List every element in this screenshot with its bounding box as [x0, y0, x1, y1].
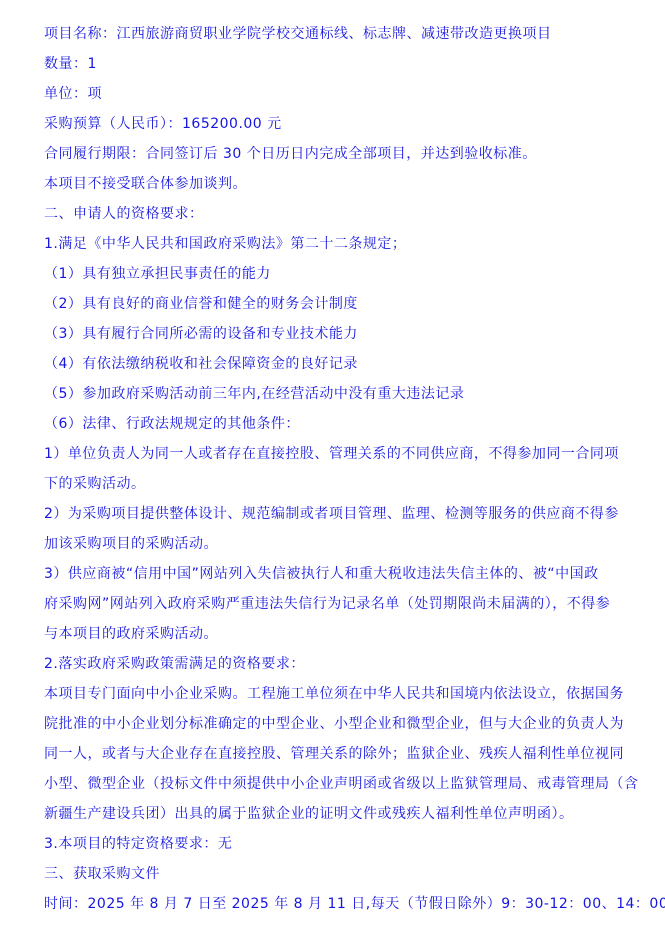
text-line: 本项目专门面向中小企业采购。工程施工单位须在中华人民共和国境内依法设立，依据国务 [44, 679, 637, 709]
text-line: 院批准的中小企业划分标准确定的中型企业、小型企业和微型企业，但与大企业的负责人为 [44, 709, 637, 739]
text-line: 本项目不接受联合体参加谈判。 [44, 169, 637, 199]
text-line: 下的采购活动。 [44, 469, 637, 499]
text-line: 项目名称：江西旅游商贸职业学院学校交通标线、标志牌、减速带改造更换项目 [44, 19, 637, 49]
text-line: 新疆生产建设兵团）出具的属于监狱企业的证明文件或残疾人福利性单位声明函）。 [44, 799, 637, 829]
text-line: 时间：2025 年 8 月 7 日至 2025 年 8 月 11 日,每天（节假… [44, 889, 637, 919]
text-line: 与本项目的政府采购活动。 [44, 619, 637, 649]
text-line: 3.本项目的特定资格要求：无 [44, 829, 637, 859]
text-line: 单位：项 [44, 79, 637, 109]
text-line: （4）有依法缴纳税收和社会保障资金的良好记录 [44, 349, 637, 379]
text-line: 同一人，或者与大企业存在直接控股、管理关系的除外；监狱企业、残疾人福利性单位视同 [44, 739, 637, 769]
text-line: 合同履行期限：合同签订后 30 个日历日内完成全部项目，并达到验收标准。 [44, 139, 637, 169]
text-line: （3）具有履行合同所必需的设备和专业技术能力 [44, 319, 637, 349]
text-line: 小型、微型企业（投标文件中须提供中小企业声明函或省级以上监狱管理局、戒毒管理局（… [44, 769, 637, 799]
text-line: （1）具有独立承担民事责任的能力 [44, 259, 637, 289]
text-line: 三、获取采购文件 [44, 859, 637, 889]
text-line: 3）供应商被“信用中国”网站列入失信被执行人和重大税收违法失信主体的、被“中国政 [44, 559, 637, 589]
text-line: 2.落实政府采购政策需满足的资格要求： [44, 649, 637, 679]
text-line: 加该采购项目的采购活动。 [44, 529, 637, 559]
text-line: （5）参加政府采购活动前三年内,在经营活动中没有重大违法记录 [44, 379, 637, 409]
text-line: 1）单位负责人为同一人或者存在直接控股、管理关系的不同供应商，不得参加同一合同项 [44, 439, 637, 469]
text-line: 数量：1 [44, 49, 637, 79]
text-line: （6）法律、行政法规规定的其他条件： [44, 409, 637, 439]
text-line: （2）具有良好的商业信誉和健全的财务会计制度 [44, 289, 637, 319]
document-body: 项目名称：江西旅游商贸职业学院学校交通标线、标志牌、减速带改造更换项目数量：1单… [0, 0, 665, 919]
text-line: 1.满足《中华人民共和国政府采购法》第二十二条规定； [44, 229, 637, 259]
procurement-notice-page: 项目名称：江西旅游商贸职业学院学校交通标线、标志牌、减速带改造更换项目数量：1单… [0, 0, 665, 919]
text-line: 二、申请人的资格要求： [44, 199, 637, 229]
text-line: 2）为采购项目提供整体设计、规范编制或者项目管理、监理、检测等服务的供应商不得参 [44, 499, 637, 529]
text-line: 府采购网”网站列入政府采购严重违法失信行为记录名单（处罚期限尚未届满的），不得参 [44, 589, 637, 619]
text-line: 采购预算（人民币）：165200.00 元 [44, 109, 637, 139]
